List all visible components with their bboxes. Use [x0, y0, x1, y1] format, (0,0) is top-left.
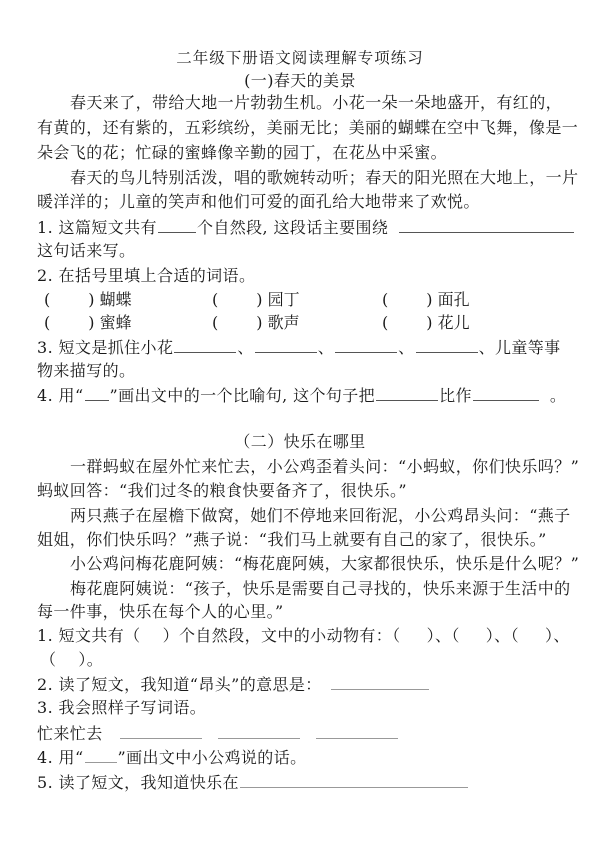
s1-question-1: 1. 这篇短文共有个自然段, 这段话主要围绕 — [37, 216, 577, 239]
q4-text-b: ”画出文中的一个比喻句, 这个句子把 — [110, 386, 376, 405]
s2q1-open-paren: （ — [40, 650, 56, 669]
s2q3-blank-2[interactable] — [218, 722, 300, 739]
s2q4-text-a: 4. 用“ — [37, 748, 84, 767]
worksheet-title: 二年级下册语文阅读理解专项练习 — [0, 47, 600, 69]
s2-passage-line: 梅花鹿阿姨说：“孩子，快乐是需要自己寻找的，快乐来源于生活中的 — [70, 578, 600, 600]
s2q5-blank-answer[interactable] — [240, 771, 468, 788]
q2-item[interactable]: () 歌声 — [212, 312, 300, 334]
q4-text-d: 。 — [550, 386, 566, 405]
s1-passage-line: 春天的鸟儿特别活泼，唱的歌婉转动听；春天的阳光照在大地上，一片 — [70, 167, 600, 189]
s1-passage-line: 朵会飞的花；忙碌的蜜蜂像辛勤的园丁，在花丛中采蜜。 — [37, 142, 577, 164]
s2-passage-line: 两只燕子在屋檐下做窝，她们不停地来回衔泥，小公鸡昂头问：“燕子 — [70, 505, 600, 527]
s2q1-text-d: ）、（ — [486, 626, 519, 645]
q4-underline-sample — [85, 384, 109, 401]
open-paren: ( — [212, 313, 218, 332]
q2-word: 蝴蝶 — [100, 290, 132, 309]
q3-blank-4[interactable] — [416, 336, 478, 353]
s2-question-1: 1. 短文共有（）个自然段，文中的小动物有：（）、（）、（）、 — [37, 625, 577, 647]
s2q2-text: 2. 读了短文，我知道“昂头”的意思是： — [37, 675, 322, 694]
open-paren: ( — [382, 290, 388, 309]
q2-word: 花儿 — [438, 313, 470, 332]
q2-item[interactable]: () 花儿 — [382, 312, 470, 334]
q3-sep: 、 — [237, 338, 253, 357]
s1-question-2-prompt: 2. 在括号里填上合适的词语。 — [37, 265, 577, 287]
s2q3-example: 忙来忙去 — [37, 724, 103, 743]
q4-text-c: 比作 — [439, 386, 472, 405]
close-paren: ) — [256, 313, 262, 332]
section2-heading: （二）快乐在哪里 — [0, 431, 600, 453]
s2q1-text-a: 1. 短文共有（ — [37, 626, 141, 645]
q1-blank-paragraph-count[interactable] — [158, 216, 196, 233]
q3-sep: 、 — [318, 338, 334, 357]
s2q1-close-paren: ）。 — [78, 650, 103, 669]
s1-question-4: 4. 用“”画出文中的一个比喻句, 这个句子把比作。 — [37, 384, 577, 407]
s2q1-text-c: ）、（ — [427, 626, 460, 645]
section1-heading: (一)春天的美景 — [0, 70, 600, 92]
q3-blank-3[interactable] — [335, 336, 397, 353]
s2q3-blank-1[interactable] — [120, 722, 202, 739]
s1-question-3-line2: 物来描写的。 — [37, 360, 577, 382]
q2-item[interactable]: () 园丁 — [212, 289, 300, 311]
s2q1-text-e: ）、 — [545, 626, 570, 645]
s2-passage-line: 一群蚂蚁在屋外忙来忙去，小公鸡歪着头问：“小蚂蚁，你们快乐吗？” — [70, 456, 600, 478]
close-paren: ) — [426, 290, 432, 309]
s1-passage-line: 有黄的，还有紫的，五彩缤纷，美丽无比；美丽的蝴蝶在空中飞舞，像是一 — [37, 117, 577, 139]
s2-question-4: 4. 用“”画出文中小公鸡说的话。 — [37, 746, 577, 769]
open-paren: ( — [382, 313, 388, 332]
s2-question-3-row: 忙来忙去 — [37, 722, 577, 745]
s2q4-underline-sample — [85, 746, 117, 763]
s2-passage-line: 每一件事，快乐在每个人的心里。” — [37, 601, 577, 623]
s2-question-5: 5. 读了短文，我知道快乐在 — [37, 771, 577, 794]
q2-item[interactable]: () 蜜蜂 — [44, 312, 132, 334]
q4-text-a: 4. 用“ — [37, 386, 84, 405]
q2-word: 歌声 — [268, 313, 300, 332]
q1-blank-topic[interactable] — [399, 216, 574, 233]
s2-question-2: 2. 读了短文，我知道“昂头”的意思是： — [37, 673, 577, 696]
close-paren: ) — [426, 313, 432, 332]
q2-item[interactable]: () 面孔 — [382, 289, 470, 311]
s2q2-blank-meaning[interactable] — [331, 673, 429, 690]
q3-blank-2[interactable] — [255, 336, 317, 353]
q2-item[interactable]: () 蝴蝶 — [44, 289, 132, 311]
s1-question-3: 3. 短文是抓住小花、、、、儿童等事 — [37, 336, 577, 359]
s2q1-text-b: ）个自然段，文中的小动物有：（ — [163, 626, 401, 645]
open-paren: ( — [44, 290, 50, 309]
s2-passage-line: 小公鸡问梅花鹿阿姨：“梅花鹿阿姨，大家都很快乐，快乐是什么呢？” — [70, 553, 600, 575]
q2-word: 面孔 — [438, 290, 470, 309]
open-paren: ( — [212, 290, 218, 309]
s2q5-text: 5. 读了短文，我知道快乐在 — [37, 773, 239, 792]
close-paren: ) — [88, 290, 94, 309]
q1-text-b: 个自然段, 这段话主要围绕 — [197, 218, 388, 237]
s2-question-3-prompt: 3. 我会照样子写词语。 — [37, 697, 577, 719]
q3-blank-1[interactable] — [174, 336, 236, 353]
s2q4-text-b: ”画出文中小公鸡说的话。 — [118, 748, 307, 767]
s2-passage-line: 蚂蚁回答：“我们过冬的粮食快要备齐了，很快乐。” — [37, 480, 577, 502]
worksheet-page: 二年级下册语文阅读理解专项练习 (一)春天的美景 春天来了，带给大地一片勃勃生机… — [0, 0, 600, 848]
open-paren: ( — [44, 313, 50, 332]
q1-text-a: 1. 这篇短文共有 — [37, 218, 157, 237]
q2-word: 蜜蜂 — [100, 313, 132, 332]
s1-passage-line: 春天来了，带给大地一片勃勃生机。小花一朵一朵地盛开，有红的， — [70, 92, 600, 114]
s1-passage-line: 暖洋洋的；儿童的笑声和他们可爱的面孔给大地带来了欢悦。 — [37, 191, 577, 213]
q3-text-b: 、儿童等事 — [479, 338, 561, 357]
close-paren: ) — [88, 313, 94, 332]
q4-blank-subject[interactable] — [376, 384, 438, 401]
q4-blank-object[interactable] — [473, 384, 539, 401]
s2q3-blank-3[interactable] — [316, 722, 398, 739]
close-paren: ) — [256, 290, 262, 309]
q3-text-a: 3. 短文是抓住小花 — [37, 338, 173, 357]
q2-word: 园丁 — [268, 290, 300, 309]
q3-sep: 、 — [398, 338, 414, 357]
s1-question-1-line2: 这句话来写。 — [37, 240, 577, 262]
s2-question-1-line2: （）。 — [40, 649, 580, 671]
s2-passage-line: 姐姐，你们快乐吗？”燕子说：“我们马上就要有自己的家了，很快乐。” — [37, 529, 577, 551]
